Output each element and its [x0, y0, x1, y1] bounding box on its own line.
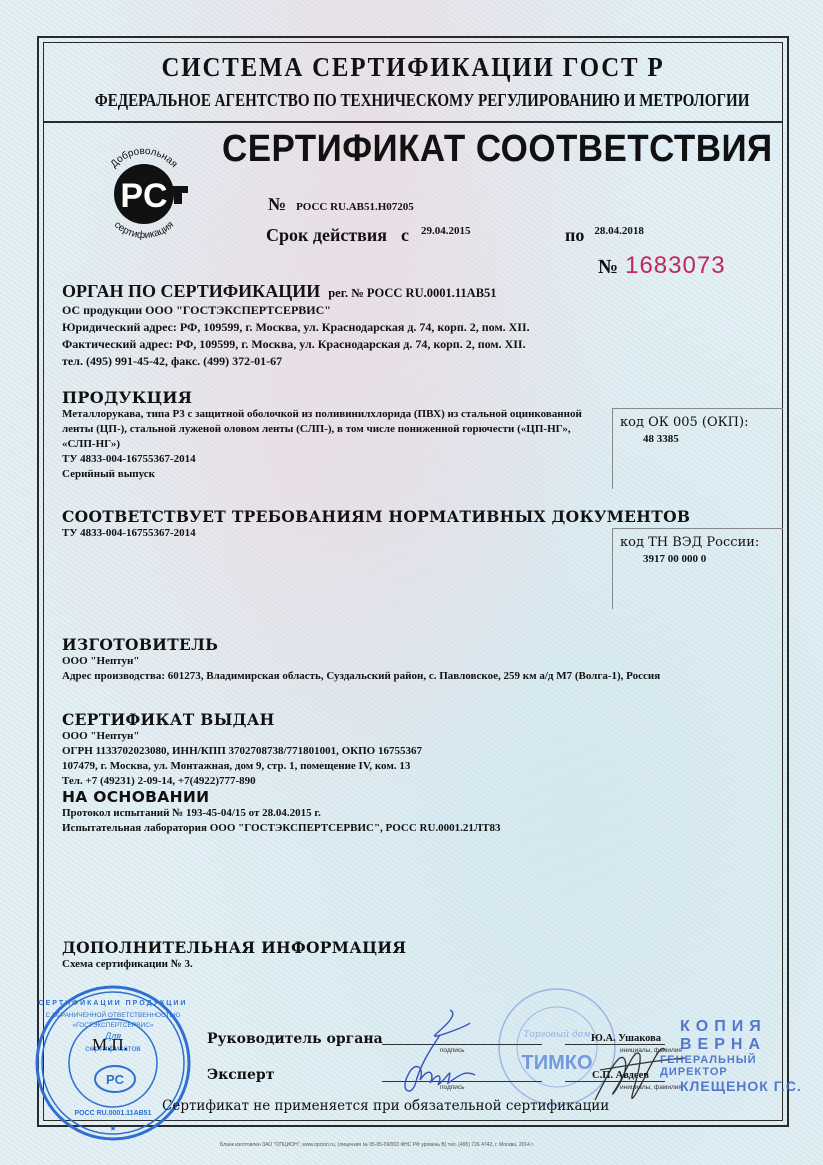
- manufacturer-heading: ИЗГОТОВИТЕЛЬ: [62, 635, 660, 654]
- additional-heading: ДОПОЛНИТЕЛЬНАЯ ИНФОРМАЦИЯ: [62, 938, 406, 957]
- basis-line: Протокол испытаний № 193-45-04/15 от 28.…: [62, 806, 500, 821]
- certificate-title: СЕРТИФИКАТ СООТВЕТСТВИЯ: [222, 128, 773, 171]
- svg-text:С ОГРАНИЧЕННОЙ ОТВЕТСТВЕННОСТЬ: С ОГРАНИЧЕННОЙ ОТВЕТСТВЕННОСТЬЮ: [46, 1010, 181, 1019]
- blank-number-value: 1683073: [625, 252, 725, 279]
- head-label: Руководитель органа: [207, 1031, 383, 1047]
- validity-to: по 28.04.2018: [565, 225, 644, 246]
- official-seal-icon: Для сертификатов PC РОСС RU.0001.11АВ51 …: [33, 983, 193, 1143]
- okp-code-value: 48 3385: [643, 433, 783, 445]
- copy-stamp-line: КОПИЯ ВЕРНА: [680, 1018, 823, 1054]
- validity-label: Срок действия: [266, 225, 387, 245]
- validity-row: Срок действия с 29.04.2015: [266, 225, 471, 246]
- basis-section: НА ОСНОВАНИИ Протокол испытаний № 193-45…: [62, 788, 500, 836]
- issued-to-line: ООО "Нептун": [62, 729, 422, 744]
- rst-logo-icon: Добровольная PC сертификация: [92, 140, 196, 244]
- validity-from-label: с: [401, 225, 409, 245]
- svg-text:★: ★: [109, 1124, 116, 1133]
- okp-code-box: код ОК 005 (ОКП): 48 3385: [612, 408, 783, 489]
- compliance-heading: СООТВЕТСТВУЕТ ТРЕБОВАНИЯМ НОРМАТИВНЫХ ДО…: [62, 507, 690, 526]
- certificate-number-row: № РОСС RU.АВ51.Н07205: [268, 194, 414, 215]
- certification-body: ОРГАН ПО СЕРТИФИКАЦИИ рег. № РОСС RU.000…: [62, 281, 530, 370]
- product-heading: ПРОДУКЦИЯ: [62, 388, 582, 407]
- certificate-number: РОСС RU.АВ51.Н07205: [296, 201, 414, 213]
- product-line: ТУ 4833-004-16755367-2014: [62, 452, 582, 467]
- certification-body-line: ОС продукции ООО "ГОСТЭКСПЕРТСЕРВИС": [62, 302, 530, 319]
- certification-body-reg: рег. № РОСС RU.0001.11АВ51: [328, 286, 496, 300]
- expert-label: Эксперт: [207, 1067, 274, 1083]
- manufacturer-section: ИЗГОТОВИТЕЛЬ ООО "Нептун" Адрес производ…: [62, 635, 660, 684]
- svg-text:«ГОСТЭКСПЕРТСЕРВИС»: «ГОСТЭКСПЕРТСЕРВИС»: [72, 1022, 153, 1029]
- copy-certified-stamp: КОПИЯ ВЕРНА ГЕНЕРАЛЬНЫЙ ДИРЕКТОР КЛЕЩЕНО…: [680, 1018, 823, 1094]
- issued-to-line: Тел. +7 (49231) 2-09-14, +7(4922)777-890: [62, 774, 422, 789]
- certification-body-heading: ОРГАН ПО СЕРТИФИКАЦИИ: [62, 281, 320, 301]
- product-line: Металлорукава, типа Р3 с защитной оболоч…: [62, 407, 582, 422]
- system-title: СИСТЕМА СЕРТИФИКАЦИИ ГОСТ Р: [73, 52, 754, 83]
- valid-from-date: 29.04.2015: [421, 225, 471, 237]
- expert-signature-icon: [380, 1005, 500, 1100]
- blank-number-sign: №: [598, 256, 619, 278]
- certification-body-line: тел. (495) 991-45-42, факс. (499) 372-01…: [62, 353, 530, 370]
- basis-heading: НА ОСНОВАНИИ: [62, 788, 500, 806]
- footer-note: Сертификат не применяется при обязательн…: [162, 1098, 609, 1114]
- valid-to-date: 28.04.2018: [594, 225, 644, 237]
- product-line: ленты (ЦП-), стальной луженой оловом лен…: [62, 422, 582, 437]
- tnved-code-box: код ТН ВЭД России: 3917 00 000 0: [612, 528, 783, 609]
- svg-text:PC: PC: [120, 177, 167, 215]
- printer-info: Бланк изготовлен ЗАО "ОПЦИОН", www.opcio…: [220, 1142, 534, 1148]
- stamp-place-label: М.П.: [92, 1035, 128, 1055]
- svg-text:РОСС RU.0001.11АВ51: РОСС RU.0001.11АВ51: [75, 1110, 152, 1117]
- copy-stamp-line: КЛЕЩЕНОК Г.С.: [680, 1078, 823, 1094]
- agency-name: ФЕДЕРАЛЬНОЕ АГЕНТСТВО ПО ТЕХНИЧЕСКОМУ РЕ…: [95, 90, 731, 111]
- basis-line: Испытательная лаборатория ООО "ГОСТЭКСПЕ…: [62, 821, 500, 836]
- okp-code-label: код ОК 005 (ОКП):: [620, 415, 783, 430]
- certification-body-line: Юридический адрес: РФ, 109599, г. Москва…: [62, 319, 530, 336]
- tnved-code-value: 3917 00 000 0: [643, 553, 783, 565]
- tnved-code-label: код ТН ВЭД России:: [620, 535, 783, 550]
- issued-to-heading: СЕРТИФИКАТ ВЫДАН: [62, 710, 422, 729]
- compliance-section: СООТВЕТСТВУЕТ ТРЕБОВАНИЯМ НОРМАТИВНЫХ ДО…: [62, 507, 690, 541]
- additional-line: Схема сертификации № 3.: [62, 957, 406, 972]
- issued-to-line: ОГРН 1133702023080, ИНН/КПП 3702708738/7…: [62, 744, 422, 759]
- issued-to-section: СЕРТИФИКАТ ВЫДАН ООО "Нептун" ОГРН 11337…: [62, 710, 422, 789]
- manufacturer-line: Адрес производства: 601273, Владимирская…: [62, 669, 660, 684]
- rst-logo: Добровольная PC сертификация: [92, 140, 196, 244]
- product-line: Серийный выпуск: [62, 467, 582, 482]
- svg-text:PC: PC: [106, 1072, 125, 1087]
- manufacturer-line: ООО "Нептун": [62, 654, 660, 669]
- number-sign: №: [268, 194, 286, 214]
- product-line: «СЛП-НГ»): [62, 437, 582, 452]
- svg-text:СЕРТИФИКАЦИИ ПРОДУКЦИИ: СЕРТИФИКАЦИИ ПРОДУКЦИИ: [39, 1000, 188, 1007]
- certification-body-line: Фактический адрес: РФ, 109599, г. Москва…: [62, 336, 530, 353]
- additional-section: ДОПОЛНИТЕЛЬНАЯ ИНФОРМАЦИЯ Схема сертифик…: [62, 938, 406, 972]
- official-seal: Для сертификатов PC РОСС RU.0001.11АВ51 …: [33, 983, 193, 1143]
- copy-stamp-line: ГЕНЕРАЛЬНЫЙ ДИРЕКТОР: [660, 1054, 823, 1078]
- header-divider: [43, 121, 783, 123]
- blank-number: №1683073: [598, 252, 726, 280]
- product-section: ПРОДУКЦИЯ Металлорукава, типа Р3 с защит…: [62, 388, 582, 482]
- issued-to-line: 107479, г. Москва, ул. Монтажная, дом 9,…: [62, 759, 422, 774]
- validity-to-label: по: [565, 225, 584, 245]
- compliance-line: ТУ 4833-004-16755367-2014: [62, 526, 690, 541]
